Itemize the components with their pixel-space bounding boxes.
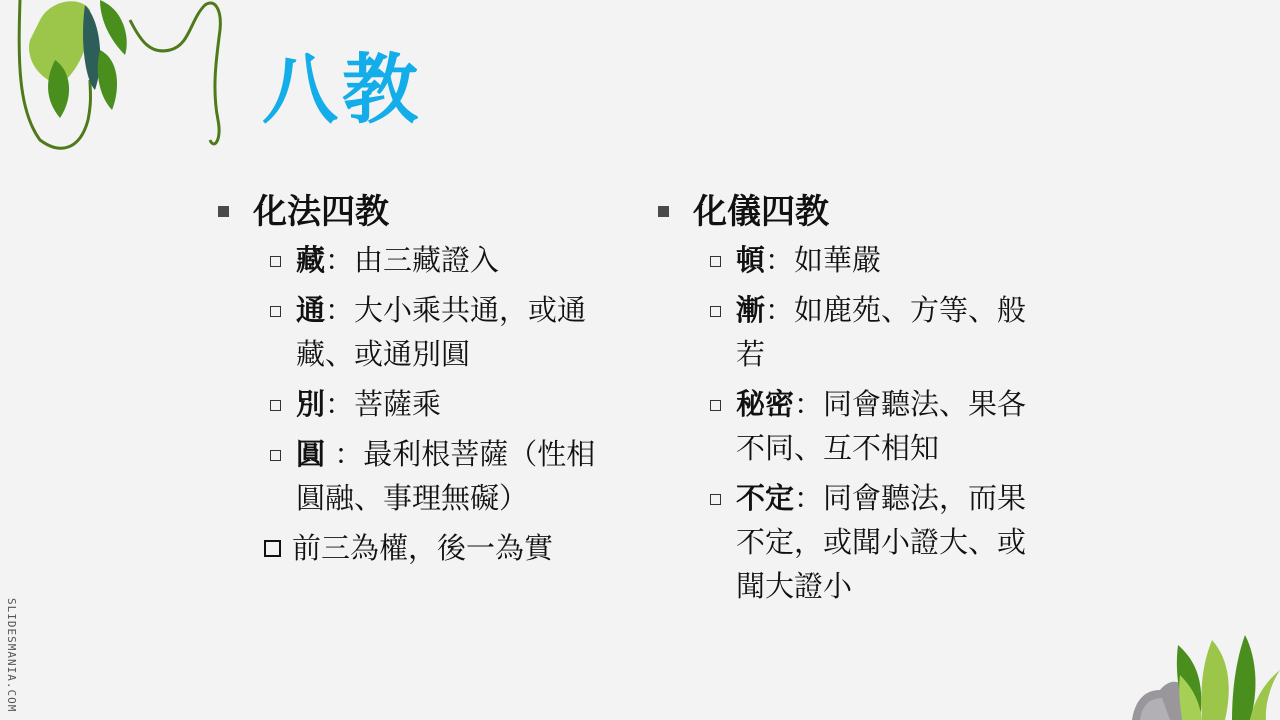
note-item: 前三為權，後一為實: [264, 526, 638, 570]
item-sep: ：: [765, 293, 794, 327]
list-item: 頓：如華嚴: [708, 238, 1078, 282]
item-term: 別: [296, 387, 325, 421]
list-item: 別：菩薩乘: [268, 382, 638, 426]
square-bullet-icon: [658, 206, 669, 217]
watermark-text: SLIDESMANIA.COM: [5, 598, 18, 712]
item-sep: ：: [325, 387, 354, 421]
right-column-huayi: 化儀四教 頓：如華嚴 漸：如鹿苑、方等、般若 秘密：同會聽法、果各不同、互不相知…: [658, 186, 1078, 614]
list-item: 秘密：同會聽法、果各不同、互不相知: [708, 382, 1036, 470]
item-sep: ：: [325, 437, 363, 471]
note-text: 前三為權，後一為實: [292, 531, 553, 565]
hollow-square-bullet-icon: [270, 450, 281, 461]
hollow-square-bullet-icon: [270, 400, 281, 411]
list-item: 藏：由三藏證入: [268, 238, 638, 282]
list-item: 通：大小乘共通，或通藏、或通別圓: [268, 288, 596, 376]
item-term: 通: [296, 293, 325, 327]
right-heading: 化儀四教: [658, 186, 1078, 230]
right-heading-text: 化儀四教: [693, 184, 829, 233]
hollow-square-bullet-icon: [710, 494, 721, 505]
left-heading-text: 化法四教: [253, 184, 389, 233]
item-sep: ：: [325, 293, 354, 327]
hollow-square-bullet-icon: [264, 540, 281, 557]
hollow-square-bullet-icon: [270, 306, 281, 317]
hollow-square-bullet-icon: [710, 306, 721, 317]
item-term: 圓: [296, 437, 325, 471]
hollow-square-bullet-icon: [710, 400, 721, 411]
plant-rock-decoration: [1120, 630, 1280, 720]
item-sep: ：: [325, 243, 354, 277]
item-sep: ：: [794, 387, 823, 421]
item-term: 不定: [736, 481, 794, 515]
item-term: 頓: [736, 243, 765, 277]
watermark: SLIDESMANIA.COM: [4, 598, 18, 710]
square-bullet-icon: [218, 206, 229, 217]
list-item: 圓 ：最利根菩薩（性相圓融、事理無礙）: [268, 432, 596, 520]
item-term: 藏: [296, 243, 325, 277]
left-heading: 化法四教: [218, 186, 638, 230]
vine-leaves-decoration: [0, 0, 240, 160]
item-text: 由三藏證入: [354, 243, 499, 277]
item-sep: ：: [765, 243, 794, 277]
slide-title: 八教: [262, 52, 422, 128]
item-text: 如華嚴: [794, 243, 881, 277]
item-term: 漸: [736, 293, 765, 327]
item-sep: ：: [794, 481, 823, 515]
item-text: 菩薩乘: [354, 387, 441, 421]
item-term: 秘密: [736, 387, 794, 421]
list-item: 不定：同會聽法，而果不定，或聞小證大、或聞大證小: [708, 476, 1036, 608]
list-item: 漸：如鹿苑、方等、般若: [708, 288, 1036, 376]
hollow-square-bullet-icon: [710, 256, 721, 267]
left-column-huafa: 化法四教 藏：由三藏證入 通：大小乘共通，或通藏、或通別圓 別：菩薩乘 圓 ：最…: [218, 186, 638, 576]
hollow-square-bullet-icon: [270, 256, 281, 267]
